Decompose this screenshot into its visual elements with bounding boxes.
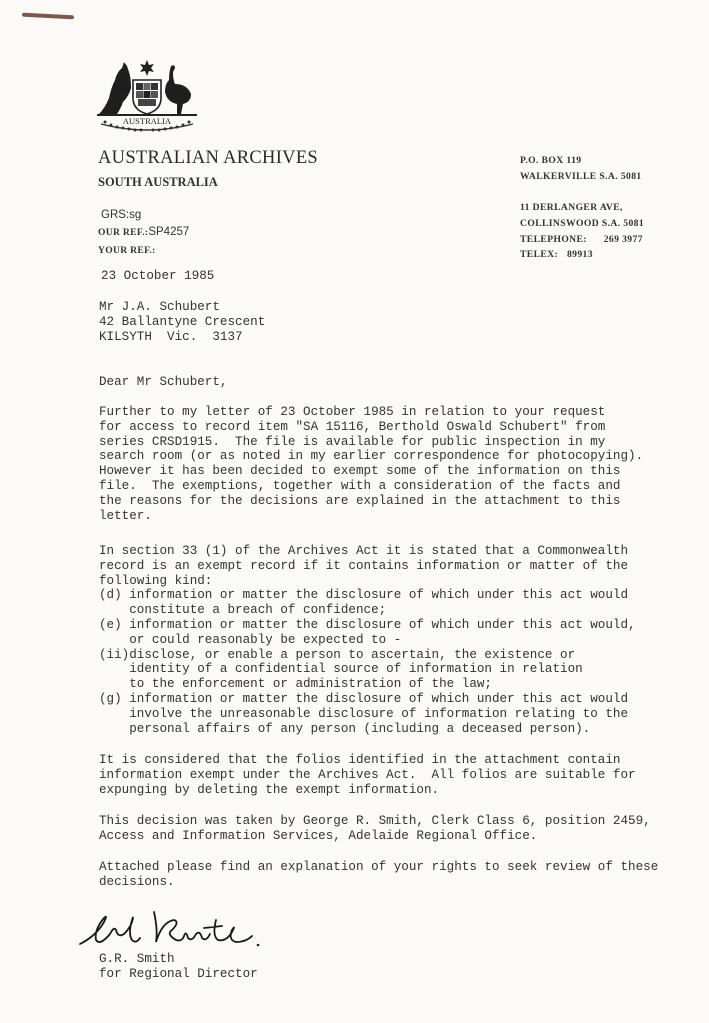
typist-initials: GRS:sg: [101, 208, 141, 223]
body-line: It is considered that the folios identif…: [99, 753, 636, 768]
recipient-line: 42 Ballantyne Crescent: [99, 315, 265, 330]
our-ref-value: SP4257: [148, 226, 189, 238]
postal-address-line: WALKERVILLE S.A. 5081: [520, 171, 642, 182]
body-line: for access to record item "SA 15116, Ber…: [99, 420, 643, 435]
body-line: Attached please find an explanation of y…: [99, 860, 658, 875]
svg-text:AUSTRALIA: AUSTRALIA: [123, 116, 172, 126]
body-line: In section 33 (1) of the Archives Act it…: [99, 544, 636, 559]
body-line: This decision was taken by George R. Smi…: [99, 814, 651, 829]
our-reference: OUR REF.:SP4257: [98, 222, 189, 240]
clause-ii: to the enforcement or administration of …: [99, 677, 636, 692]
body-line: following kind:: [99, 574, 636, 589]
your-reference: YOUR REF.:: [98, 240, 156, 258]
clause-g: personal affairs of any person (includin…: [99, 722, 636, 737]
body-line: search room (or as noted in my earlier c…: [99, 449, 643, 464]
organisation-region: SOUTH AUSTRALIA: [98, 175, 218, 190]
your-ref-label: YOUR REF.:: [98, 245, 156, 256]
signature-block: G.R. Smith for Regional Director: [99, 952, 258, 982]
body-line: the reasons for the decisions are explai…: [99, 494, 643, 509]
paragraph-folios: It is considered that the folios identif…: [99, 753, 636, 797]
body-line: file. The exemptions, together with a co…: [99, 479, 643, 494]
recipient-line: KILSYTH Vic. 3137: [99, 330, 265, 345]
recipient-line: Mr J.A. Schubert: [99, 300, 265, 315]
telephone: TELEPHONE: 269 3977: [520, 234, 643, 245]
telephone-label: TELEPHONE:: [520, 234, 587, 245]
clause-e: or could reasonably be expected to -: [99, 633, 636, 648]
clause-e: (e) information or matter the disclosure…: [99, 618, 636, 633]
clause-ii: identity of a confidential source of inf…: [99, 662, 636, 677]
body-line: decisions.: [99, 875, 658, 890]
body-line: information exempt under the Archives Ac…: [99, 768, 636, 783]
organisation-name: AUSTRALIAN ARCHIVES: [98, 148, 318, 169]
pen-mark: [22, 13, 74, 20]
paragraph-section-33: In section 33 (1) of the Archives Act it…: [99, 544, 636, 736]
body-line: expunging by deleting the exempt informa…: [99, 783, 636, 798]
handwritten-signature-icon: [76, 900, 276, 960]
clause-g: involve the unreasonable disclosure of i…: [99, 707, 636, 722]
body-line: However it has been decided to exempt so…: [99, 464, 643, 479]
salutation: Dear Mr Schubert,: [99, 375, 227, 390]
clause-d: constitute a breach of confidence;: [99, 603, 636, 618]
telex-label: TELEX:: [520, 249, 558, 260]
telex-number: 89913: [567, 249, 593, 260]
clause-g: (g) information or matter the disclosure…: [99, 692, 636, 707]
body-line: series CRSD1915. The file is available f…: [99, 435, 643, 450]
body-line: Further to my letter of 23 October 1985 …: [99, 405, 643, 420]
signatory-name: G.R. Smith: [99, 952, 258, 967]
paragraph-request: Further to my letter of 23 October 1985 …: [99, 405, 643, 523]
recipient-address: Mr J.A. Schubert 42 Ballantyne Crescent …: [99, 300, 265, 344]
signatory-title: for Regional Director: [99, 967, 258, 982]
body-line: Access and Information Services, Adelaid…: [99, 829, 651, 844]
street-address-line: 11 DERLANGER AVE,: [520, 202, 623, 213]
our-ref-label: OUR REF.:: [98, 227, 148, 238]
paragraph-review-rights: Attached please find an explanation of y…: [99, 860, 658, 890]
street-address-line: COLLINSWOOD S.A. 5081: [520, 218, 644, 229]
letter-date: 23 October 1985: [101, 269, 214, 284]
clause-ii: (ii)disclose, or enable a person to asce…: [99, 648, 636, 663]
postal-address-line: P.O. BOX 119: [520, 155, 582, 166]
coat-of-arms-icon: AUSTRALIA: [95, 58, 199, 134]
telephone-number: 269 3977: [604, 234, 643, 245]
telex: TELEX: 89913: [520, 249, 593, 260]
paragraph-decision: This decision was taken by George R. Smi…: [99, 814, 651, 844]
body-line: letter.: [99, 509, 643, 524]
body-line: record is an exempt record if it contain…: [99, 559, 636, 574]
clause-d: (d) information or matter the disclosure…: [99, 588, 636, 603]
